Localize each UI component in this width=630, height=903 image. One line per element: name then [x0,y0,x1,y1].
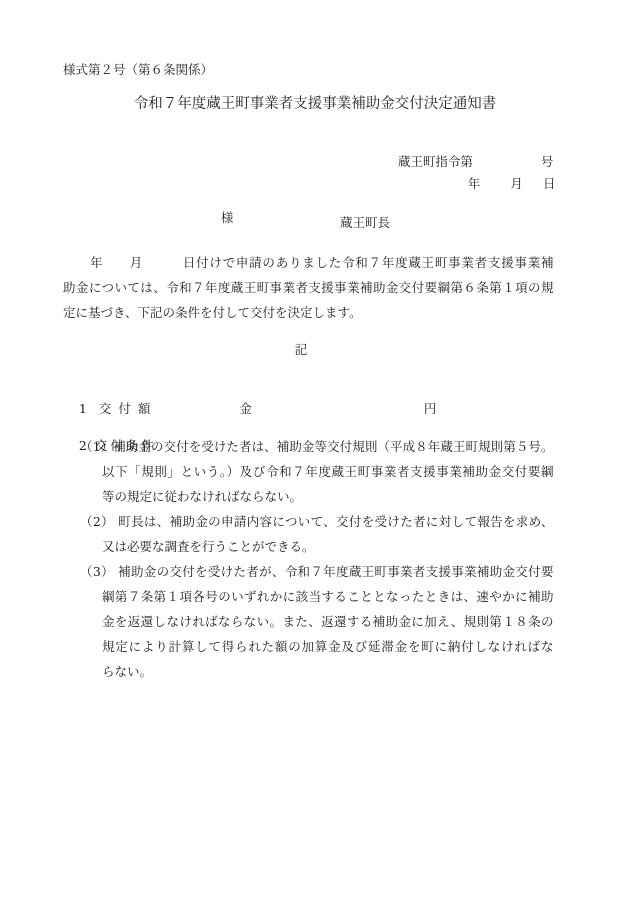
condition-2-line-2: 又は必要な調査を行うことができる。 [102,534,315,559]
condition-3-line-5: らない。 [102,659,152,684]
year-label: 年 [468,176,481,191]
condition-3-line-4: 規定により計算して得られた額の加算金及び延滞金を町に納付しなければな [102,634,553,659]
condition-3-line-2: 綱第７条第１項各号のいずれかに該当することとなったときは、速やかに補助 [102,584,553,609]
date-line: 年月日 [452,146,555,221]
day-label: 日 [543,176,556,191]
condition-3-line-3: 金を返還しなければならない。また、返還する補助金に加え、規則第１８条の [102,609,553,634]
sender-title: 蔵王町長 [340,210,390,235]
condition-1-line-1: （1）補助金の交付を受けた者は、補助金等交付規則（平成８年蔵王町規則第５号。 [80,434,553,459]
addressee-line: 様 [63,180,233,255]
intro-line-1: 年 月 日付けで申請のありました令和７年度蔵王町事業者支援事業補 [63,250,553,275]
record-mark: 記 [63,337,539,362]
condition-2-line-1: （2） 町長は、補助金の申請内容について、交付を受けた者に対して報告を求め、 [80,509,553,534]
document-title: 令和７年度蔵王町事業者支援事業補助金交付決定通知書 [0,92,630,117]
intro-line-3: 定に基づき、下記の条件を付して交付を決定します。 [63,300,362,325]
condition-1-line-2: 以下「規則」という。）及び令和７年度蔵王町事業者支援事業補助金交付要綱 [102,459,553,484]
month-label: 月 [510,176,523,191]
document-page: 様式第２号（第６条関係） 令和７年度蔵王町事業者支援事業補助金交付決定通知書 蔵… [0,0,630,903]
condition-3-line-1: （3） 補助金の交付を受けた者が、令和７年度蔵王町事業者支援事業補助金交付要 [80,559,553,584]
month-number-blank [480,187,510,188]
addressee-name-blank [79,221,221,222]
amount-suffix: 円 [424,401,437,416]
amount-blank [252,412,424,413]
intro-line-2: 助金については、令和７年度蔵王町事業者支援事業補助金交付要綱第６条第１項の規 [63,275,553,300]
day-number-blank [523,187,543,188]
amount-prefix: 金 [239,401,252,416]
amount-label-gap [157,412,239,413]
addressee-honorific: 様 [221,210,234,225]
form-number: 様式第２号（第６条関係） [63,57,213,82]
condition-1-line-3: 等の規定に従わなければならない。 [102,484,302,509]
